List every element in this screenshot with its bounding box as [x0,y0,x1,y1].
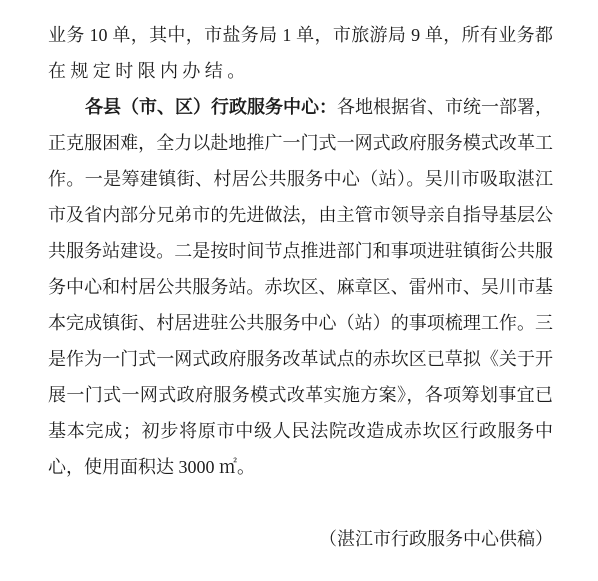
paragraph2-line4: 市及省内部分兄弟市的先进做法，由主管市领导亲自指导基层公 [48,197,553,233]
paragraph2-heading: 各县（市、区）行政服务中心： [85,97,337,117]
document-page: 业务 10 单，其中，市盐务局 1 单，市旅游局 9 单，所有业务都 在规定时限… [0,0,598,581]
paragraph2-line9: 展一门式一网式政府服务模式改革实施方案》，各项筹划事宜已 [48,377,553,413]
paragraph1-line2: 在规定时限内办结。 [48,53,553,89]
paragraph2-line10: 基本完成；初步将原市中级人民法院改造成赤坎区行政服务中 [48,413,553,449]
paragraph2-line11: 心，使用面积达 3000 ㎡。 [48,449,553,485]
paragraph2-line7: 本完成镇街、村居进驻公共服务中心（站）的事项梳理工作。三 [48,305,553,341]
paragraph2-line1-tail: 各地根据省、市统一部署， [337,97,553,117]
paragraph2-line3: 作。一是筹建镇街、村居公共服务中心（站）。吴川市吸取湛江 [48,161,553,197]
paragraph2-line5: 共服务站建设。二是按时间节点推进部门和事项进驻镇街公共服 [48,233,553,269]
document-body: 业务 10 单，其中，市盐务局 1 单，市旅游局 9 单，所有业务都 在规定时限… [48,17,553,557]
paragraph2-line2: 正克服困难，全力以赴地推广一门式一网式政府服务模式改革工 [48,125,553,161]
paragraph1-line1: 业务 10 单，其中，市盐务局 1 单，市旅游局 9 单，所有业务都 [48,17,553,53]
paragraph2-line1: 各县（市、区）行政服务中心：各地根据省、市统一部署， [48,89,553,125]
paragraph2-line6: 务中心和村居公共服务站。赤坎区、麻章区、雷州市、吴川市基 [48,269,553,305]
attribution-line: （湛江市行政服务中心供稿） [48,521,553,557]
paragraph2-line8: 是作为一门式一网式政府服务改革试点的赤坎区已草拟《关于开 [48,341,553,377]
